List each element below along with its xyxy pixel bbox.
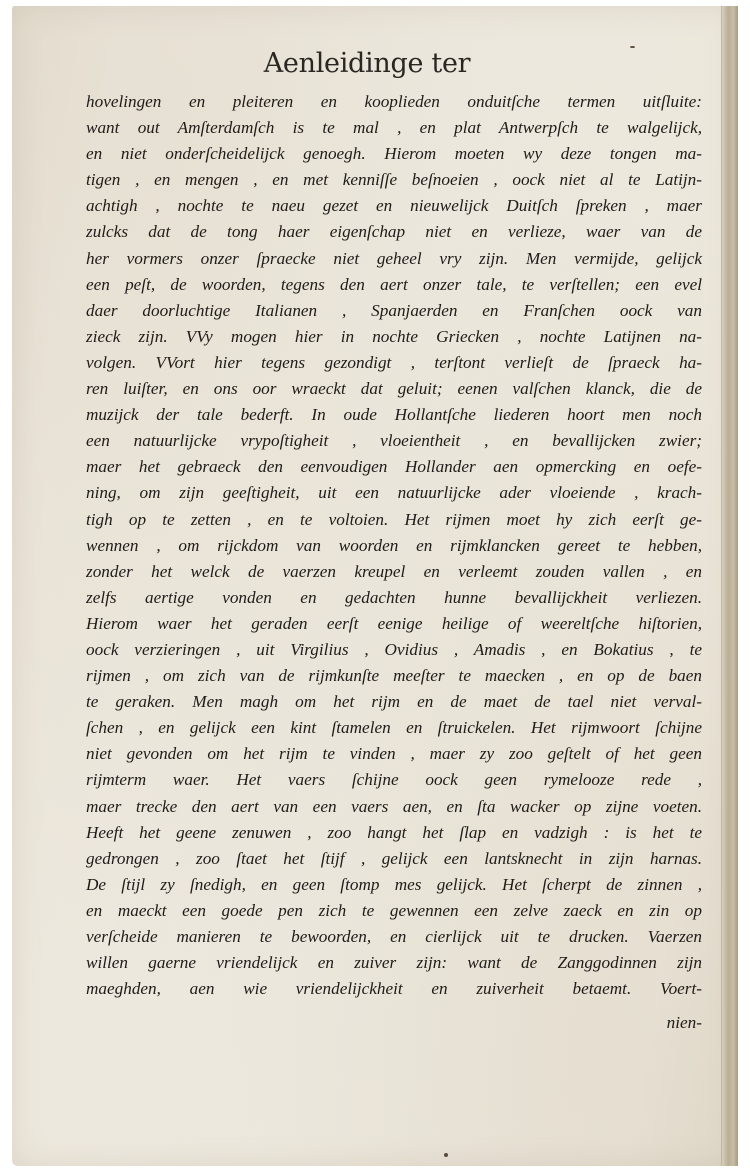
- text-line: zelfs aertige vonden en gedachten hunne …: [86, 585, 702, 611]
- text-line: tigen , en mengen , en met kenniſſe beſn…: [86, 167, 702, 193]
- text-line: gedrongen , zoo ſtaet het ſtijf , gelijc…: [86, 846, 702, 872]
- text-line: her vormers onzer ſpraecke niet geheel v…: [86, 246, 702, 272]
- text-line: rijmterm waer. Het vaers ſchijne oock ge…: [86, 767, 702, 793]
- text-line: verſcheide manieren te bewoorden, en cie…: [86, 924, 702, 950]
- text-line: hovelingen en pleiteren en kooplieden on…: [86, 89, 702, 115]
- text-line: oock verzieringen , uit Virgilius , Ovid…: [86, 637, 702, 663]
- text-line: wennen , om rijckdom van woorden en rijm…: [86, 533, 702, 559]
- text-line: een peſt, de woorden, tegens den aert on…: [86, 272, 702, 298]
- body-text: hovelingen en pleiteren en kooplieden on…: [86, 89, 702, 1002]
- text-line: willen gaerne vriendelijck en zuiver zij…: [86, 950, 702, 976]
- text-line: rijmen , om zich van de rijmkunſte meeſt…: [86, 663, 702, 689]
- text-line: maeghden, aen wie vriendelijckheit en zu…: [86, 976, 702, 1002]
- text-line: niet gevonden om het rijm te vinden , ma…: [86, 741, 702, 767]
- catchword: nien-: [667, 1013, 702, 1033]
- text-line: maer het gebraeck den eenvoudigen Hollan…: [86, 454, 702, 480]
- text-line: zonder het welck de vaerzen kreupel en v…: [86, 559, 702, 585]
- text-line: daer doorluchtige Italianen , Spanjaerde…: [86, 298, 702, 324]
- text-line: want out Amſterdamſch is te mal , en pla…: [86, 115, 702, 141]
- text-line: Heeft het geene zenuwen , zoo hangt het …: [86, 820, 702, 846]
- text-line: ren luiſter, en ons oor wraeckt dat gelu…: [86, 376, 702, 402]
- running-header: Aenleidinge ter: [12, 48, 722, 79]
- text-line: muzijck der tale bederft. In oude Hollan…: [86, 402, 702, 428]
- text-line: en maeckt een goede pen zich te gewennen…: [86, 898, 702, 924]
- text-line: ſchen , en gelijck een kint ſtamelen en …: [86, 715, 702, 741]
- text-line: zulcks dat de tong haer eigenſchap niet …: [86, 219, 702, 245]
- ink-speck: [630, 46, 635, 48]
- text-line: achtigh , nochte te naeu gezet en nieuwe…: [86, 193, 702, 219]
- text-line: zieck zijn. VVy mogen hier in nochte Gri…: [86, 324, 702, 350]
- text-line: De ſtijl zy ſnedigh, en geen ſtomp mes g…: [86, 872, 702, 898]
- text-line: maer trecke den aert van een vaers aen, …: [86, 794, 702, 820]
- text-line: tigh op te zetten , en te voltoien. Het …: [86, 507, 702, 533]
- text-line: Hierom waer het geraden eerſt eenige hei…: [86, 611, 702, 637]
- ink-speck: [444, 1153, 448, 1157]
- text-line: een natuurlijcke vrypoſtigheit , vloeien…: [86, 428, 702, 454]
- page-gutter: [721, 6, 738, 1166]
- text-line: te geraken. Men magh om het rijm en de m…: [86, 689, 702, 715]
- text-line: ning, om zijn geeſtigheit, uit een natuu…: [86, 480, 702, 506]
- text-line: volgen. VVort hier tegens gezondigt , te…: [86, 350, 702, 376]
- text-line: en niet onderſcheidelijck genoegh. Hiero…: [86, 141, 702, 167]
